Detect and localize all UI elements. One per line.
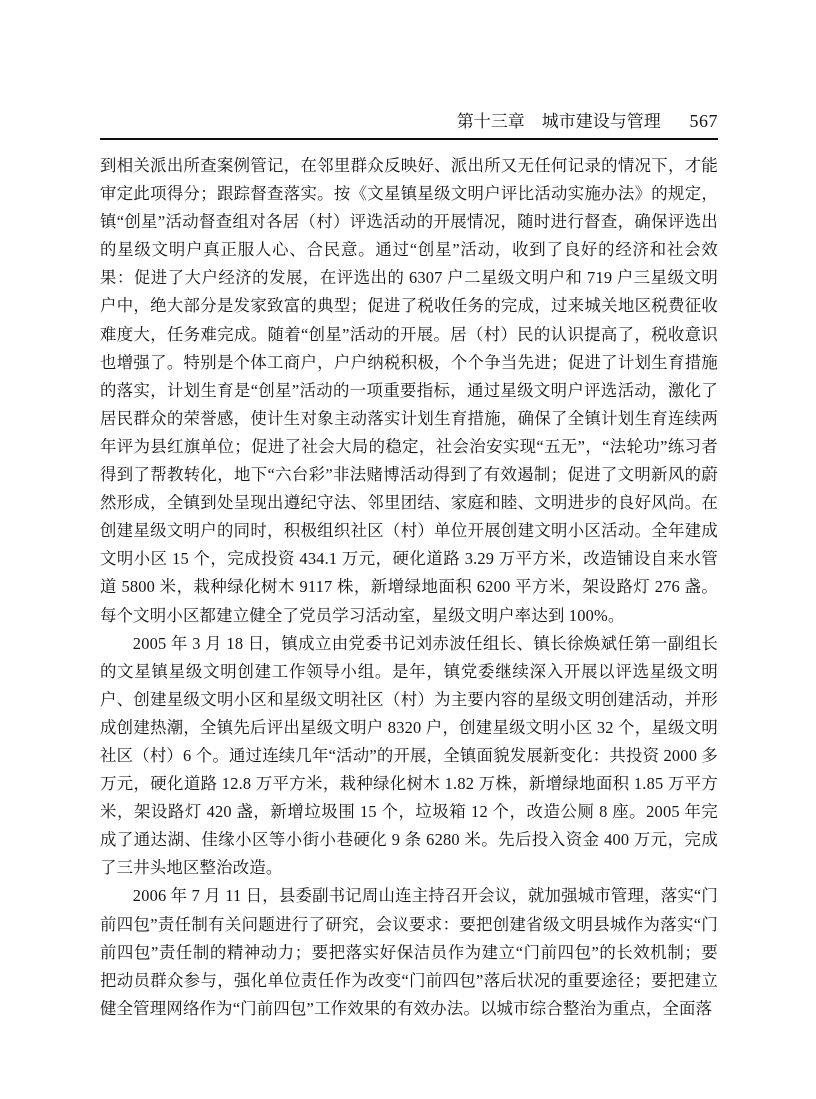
- page-number: 567: [690, 110, 719, 132]
- header-rule: [100, 138, 718, 140]
- body-text: 到相关派出所查案例管记，在邻里群众反映好、派出所又无任何记录的情况下，才能审定此…: [100, 152, 718, 1023]
- document-page: 第十三章 城市建设与管理 567 到相关派出所查案例管记，在邻里群众反映好、派出…: [0, 0, 816, 1099]
- page-content: 第十三章 城市建设与管理 567 到相关派出所查案例管记，在邻里群众反映好、派出…: [100, 110, 718, 1023]
- paragraph-2005: 2005 年 3 月 18 日，镇成立由党委书记刘赤波任组长、镇长徐焕斌任第一副…: [100, 630, 718, 883]
- chapter-title: 城市建设与管理: [542, 111, 661, 133]
- paragraph-continuation: 到相关派出所查案例管记，在邻里群众反映好、派出所又无任何记录的情况下，才能审定此…: [100, 152, 718, 630]
- running-header: 第十三章 城市建设与管理 567: [100, 110, 718, 133]
- paragraph-2006: 2006 年 7 月 11 日，县委副书记周山连主持召开会议，就加强城市管理，落…: [100, 882, 718, 1022]
- chapter-number: 第十三章: [457, 111, 525, 133]
